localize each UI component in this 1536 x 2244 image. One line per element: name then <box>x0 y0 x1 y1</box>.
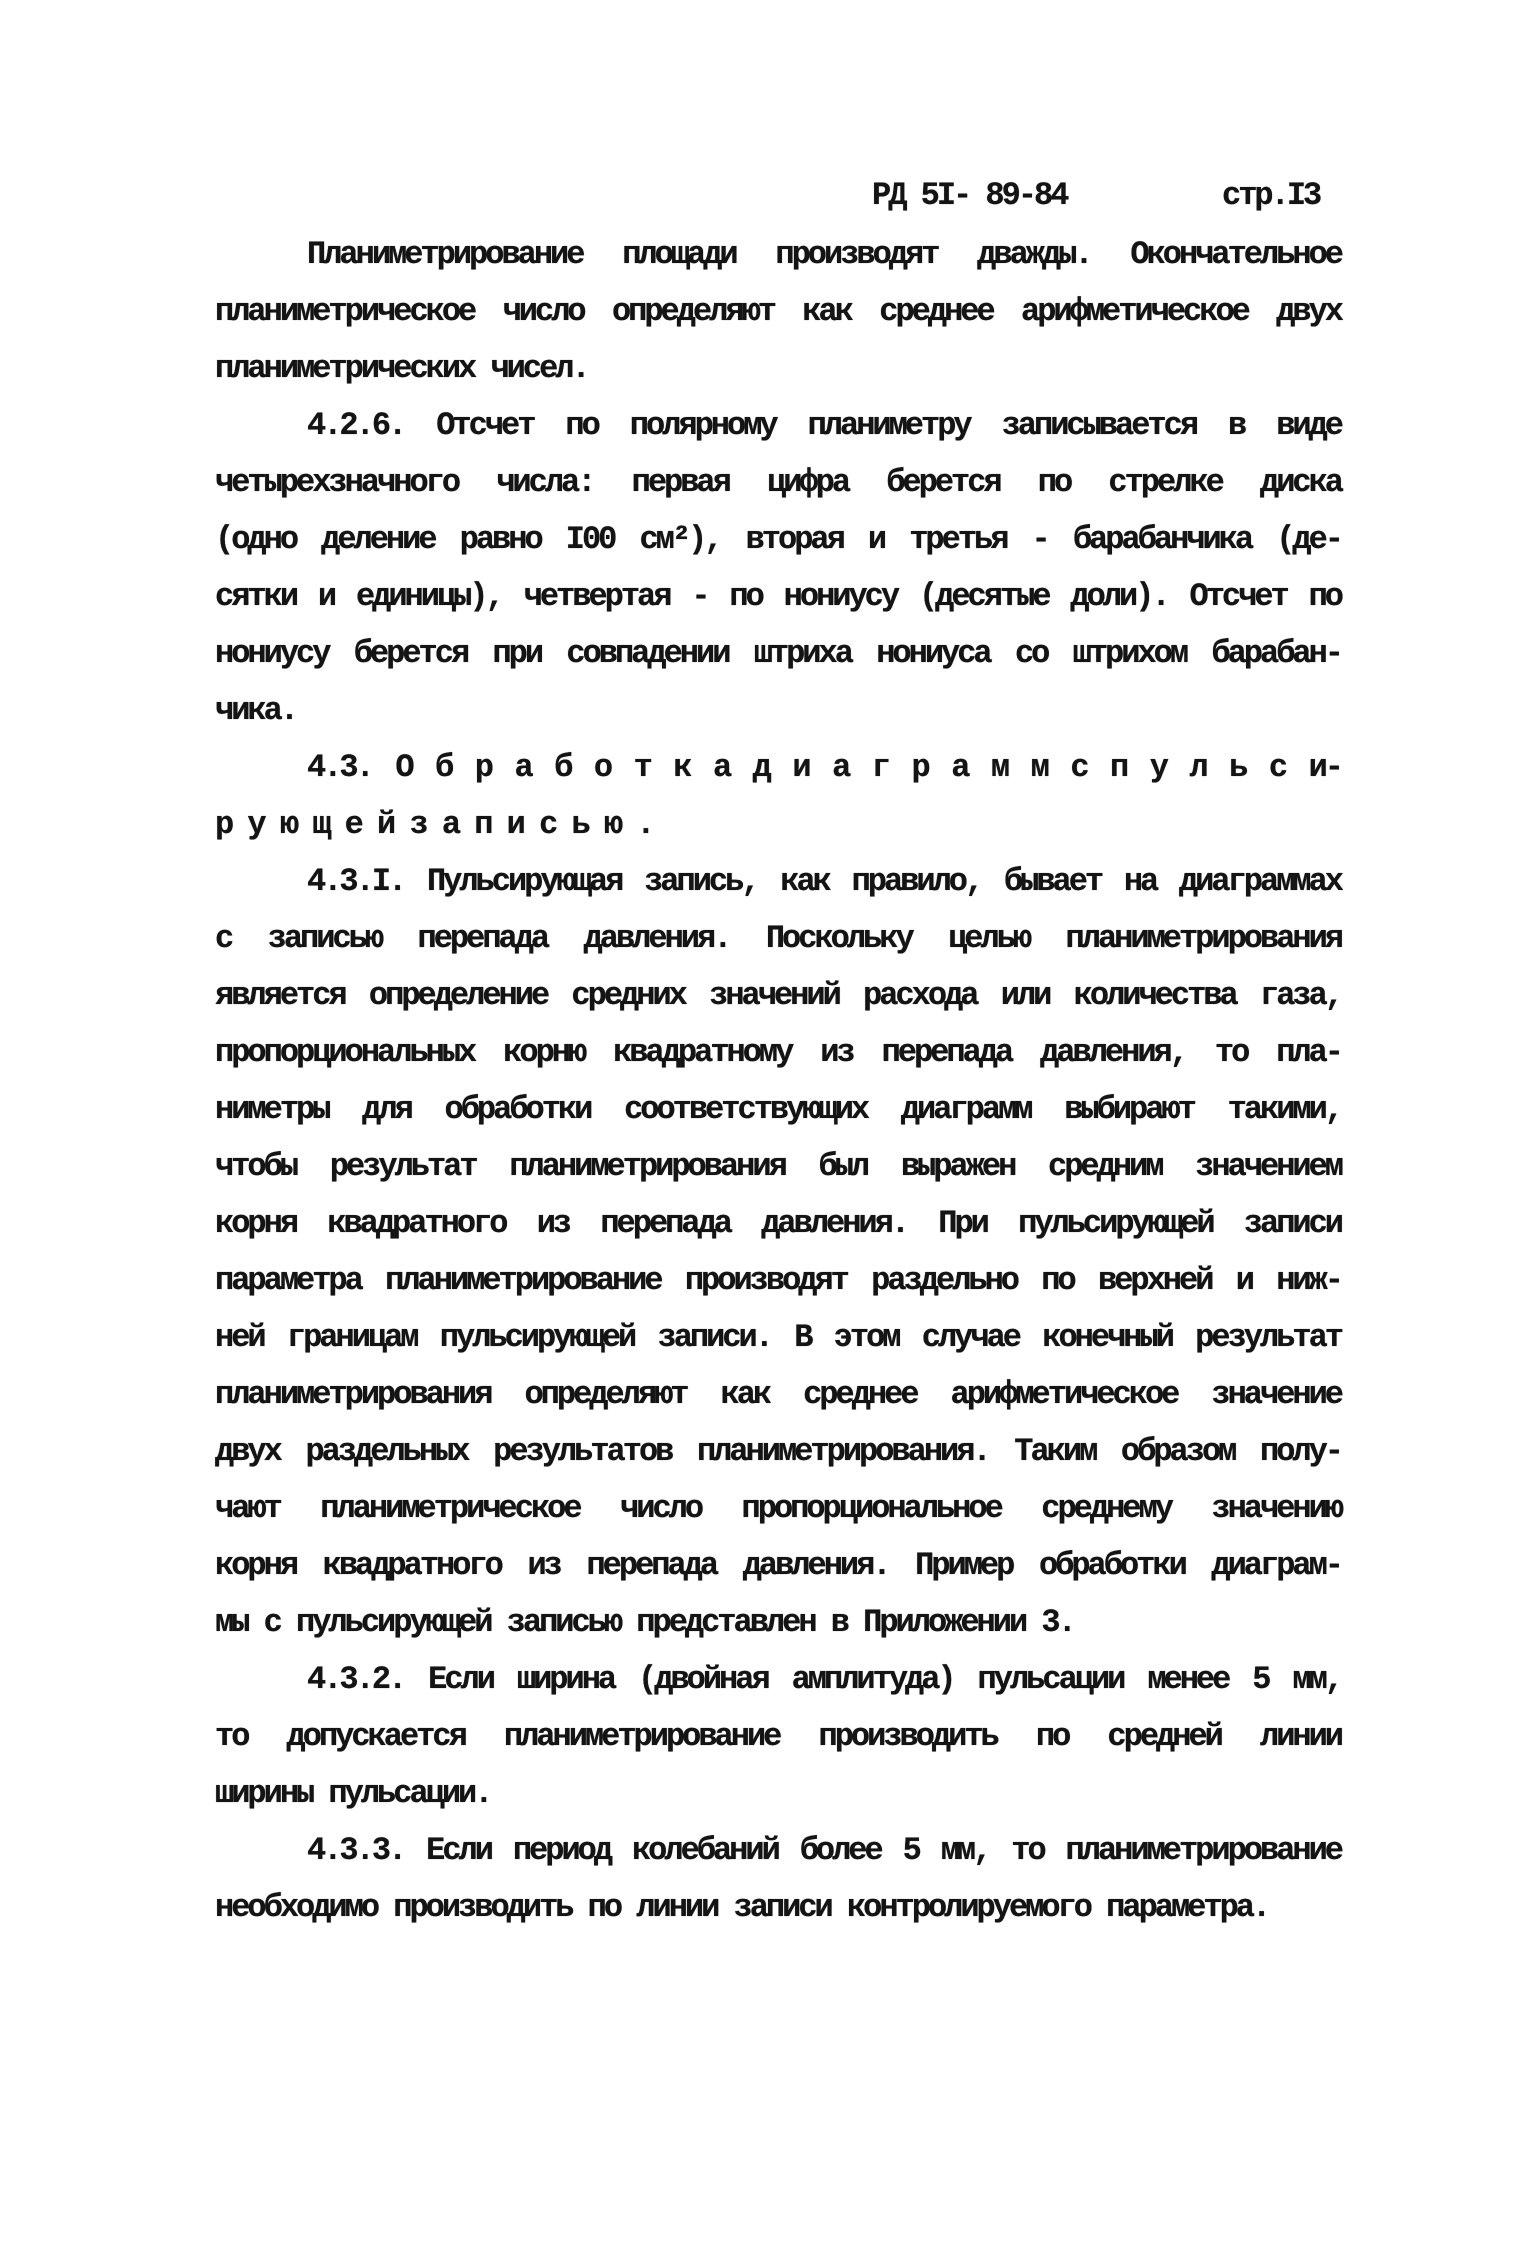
text-line: корня квадратного из перепада давления. … <box>215 1537 1341 1594</box>
text-line: двух раздельных результатов планиметриро… <box>215 1423 1341 1480</box>
text-line: мы с пульсирующей записью представлен в … <box>215 1594 1341 1651</box>
text-line: является определение средних значений ра… <box>215 967 1341 1024</box>
paragraph-intro: Планиметрирование площади производят два… <box>215 226 1341 397</box>
text-line: 4.3.2. Если ширина (двойная амплитуда) п… <box>215 1651 1341 1708</box>
text-line: чика. <box>215 682 1341 739</box>
text-line: (одно деление равно I00 см²), вторая и т… <box>215 511 1341 568</box>
text-line: р у ю щ е й з а п и с ь ю . <box>215 796 1341 853</box>
paragraph-4-3-2: 4.3.2. Если ширина (двойная амплитуда) п… <box>215 1651 1341 1822</box>
text-line: 4.3. О б р а б о т к а д и а г р а м м с… <box>215 739 1341 796</box>
text-line: Планиметрирование площади производят два… <box>215 226 1341 283</box>
text-line: 4.2.6. Отсчет по полярному планиметру за… <box>215 397 1341 454</box>
text-line: планиметрирования определяют как среднее… <box>215 1366 1341 1423</box>
text-line: планиметрическое число определяют как ср… <box>215 283 1341 340</box>
text-line: планиметрических чисел. <box>215 340 1341 397</box>
text-line: чтобы результат планиметрирования был вы… <box>215 1138 1341 1195</box>
text-line: ней границам пульсирующей записи. В этом… <box>215 1309 1341 1366</box>
text-line: необходимо производить по линии записи к… <box>215 1879 1341 1936</box>
text-line: 4.3.I. Пульсирующая запись, как правило,… <box>215 853 1341 910</box>
text-line: ниметры для обработки соответствующих ди… <box>215 1081 1341 1138</box>
paragraph-4-2-6: 4.2.6. Отсчет по полярному планиметру за… <box>215 397 1341 739</box>
text-line: корня квадратного из перепада давления. … <box>215 1195 1341 1252</box>
page-number: стр.I3 <box>1222 176 1319 216</box>
text-line: пропорциональных корню квадратному из пе… <box>215 1024 1341 1081</box>
text-line: с записью перепада давления. Поскольку ц… <box>215 910 1341 967</box>
text-line: нониусу берется при совпадении штриха но… <box>215 625 1341 682</box>
paragraph-4-3-3: 4.3.3. Если период колебаний более 5 мм,… <box>215 1822 1341 1936</box>
text-line: ширины пульсации. <box>215 1765 1341 1822</box>
text-line: то допускается планиметрирование произво… <box>215 1708 1341 1765</box>
text-line: параметра планиметрирование производят р… <box>215 1252 1341 1309</box>
text-line: чают планиметрическое число пропорционал… <box>215 1480 1341 1537</box>
doc-number: РД 5I- 89-84 <box>872 176 1066 216</box>
text-line: четырехзначного числа: первая цифра бере… <box>215 454 1341 511</box>
heading-4-3: 4.3. О б р а б о т к а д и а г р а м м с… <box>215 739 1341 853</box>
page-header: РД 5I- 89-84 стр.I3 <box>0 176 1536 220</box>
document-body: Планиметрирование площади производят два… <box>215 226 1341 1936</box>
scanned-page: РД 5I- 89-84 стр.I3 Планиметрирование пл… <box>0 0 1536 2244</box>
text-line: сятки и единицы), четвертая - по нониусу… <box>215 568 1341 625</box>
paragraph-4-3-1: 4.3.I. Пульсирующая запись, как правило,… <box>215 853 1341 1651</box>
text-line: 4.3.3. Если период колебаний более 5 мм,… <box>215 1822 1341 1879</box>
